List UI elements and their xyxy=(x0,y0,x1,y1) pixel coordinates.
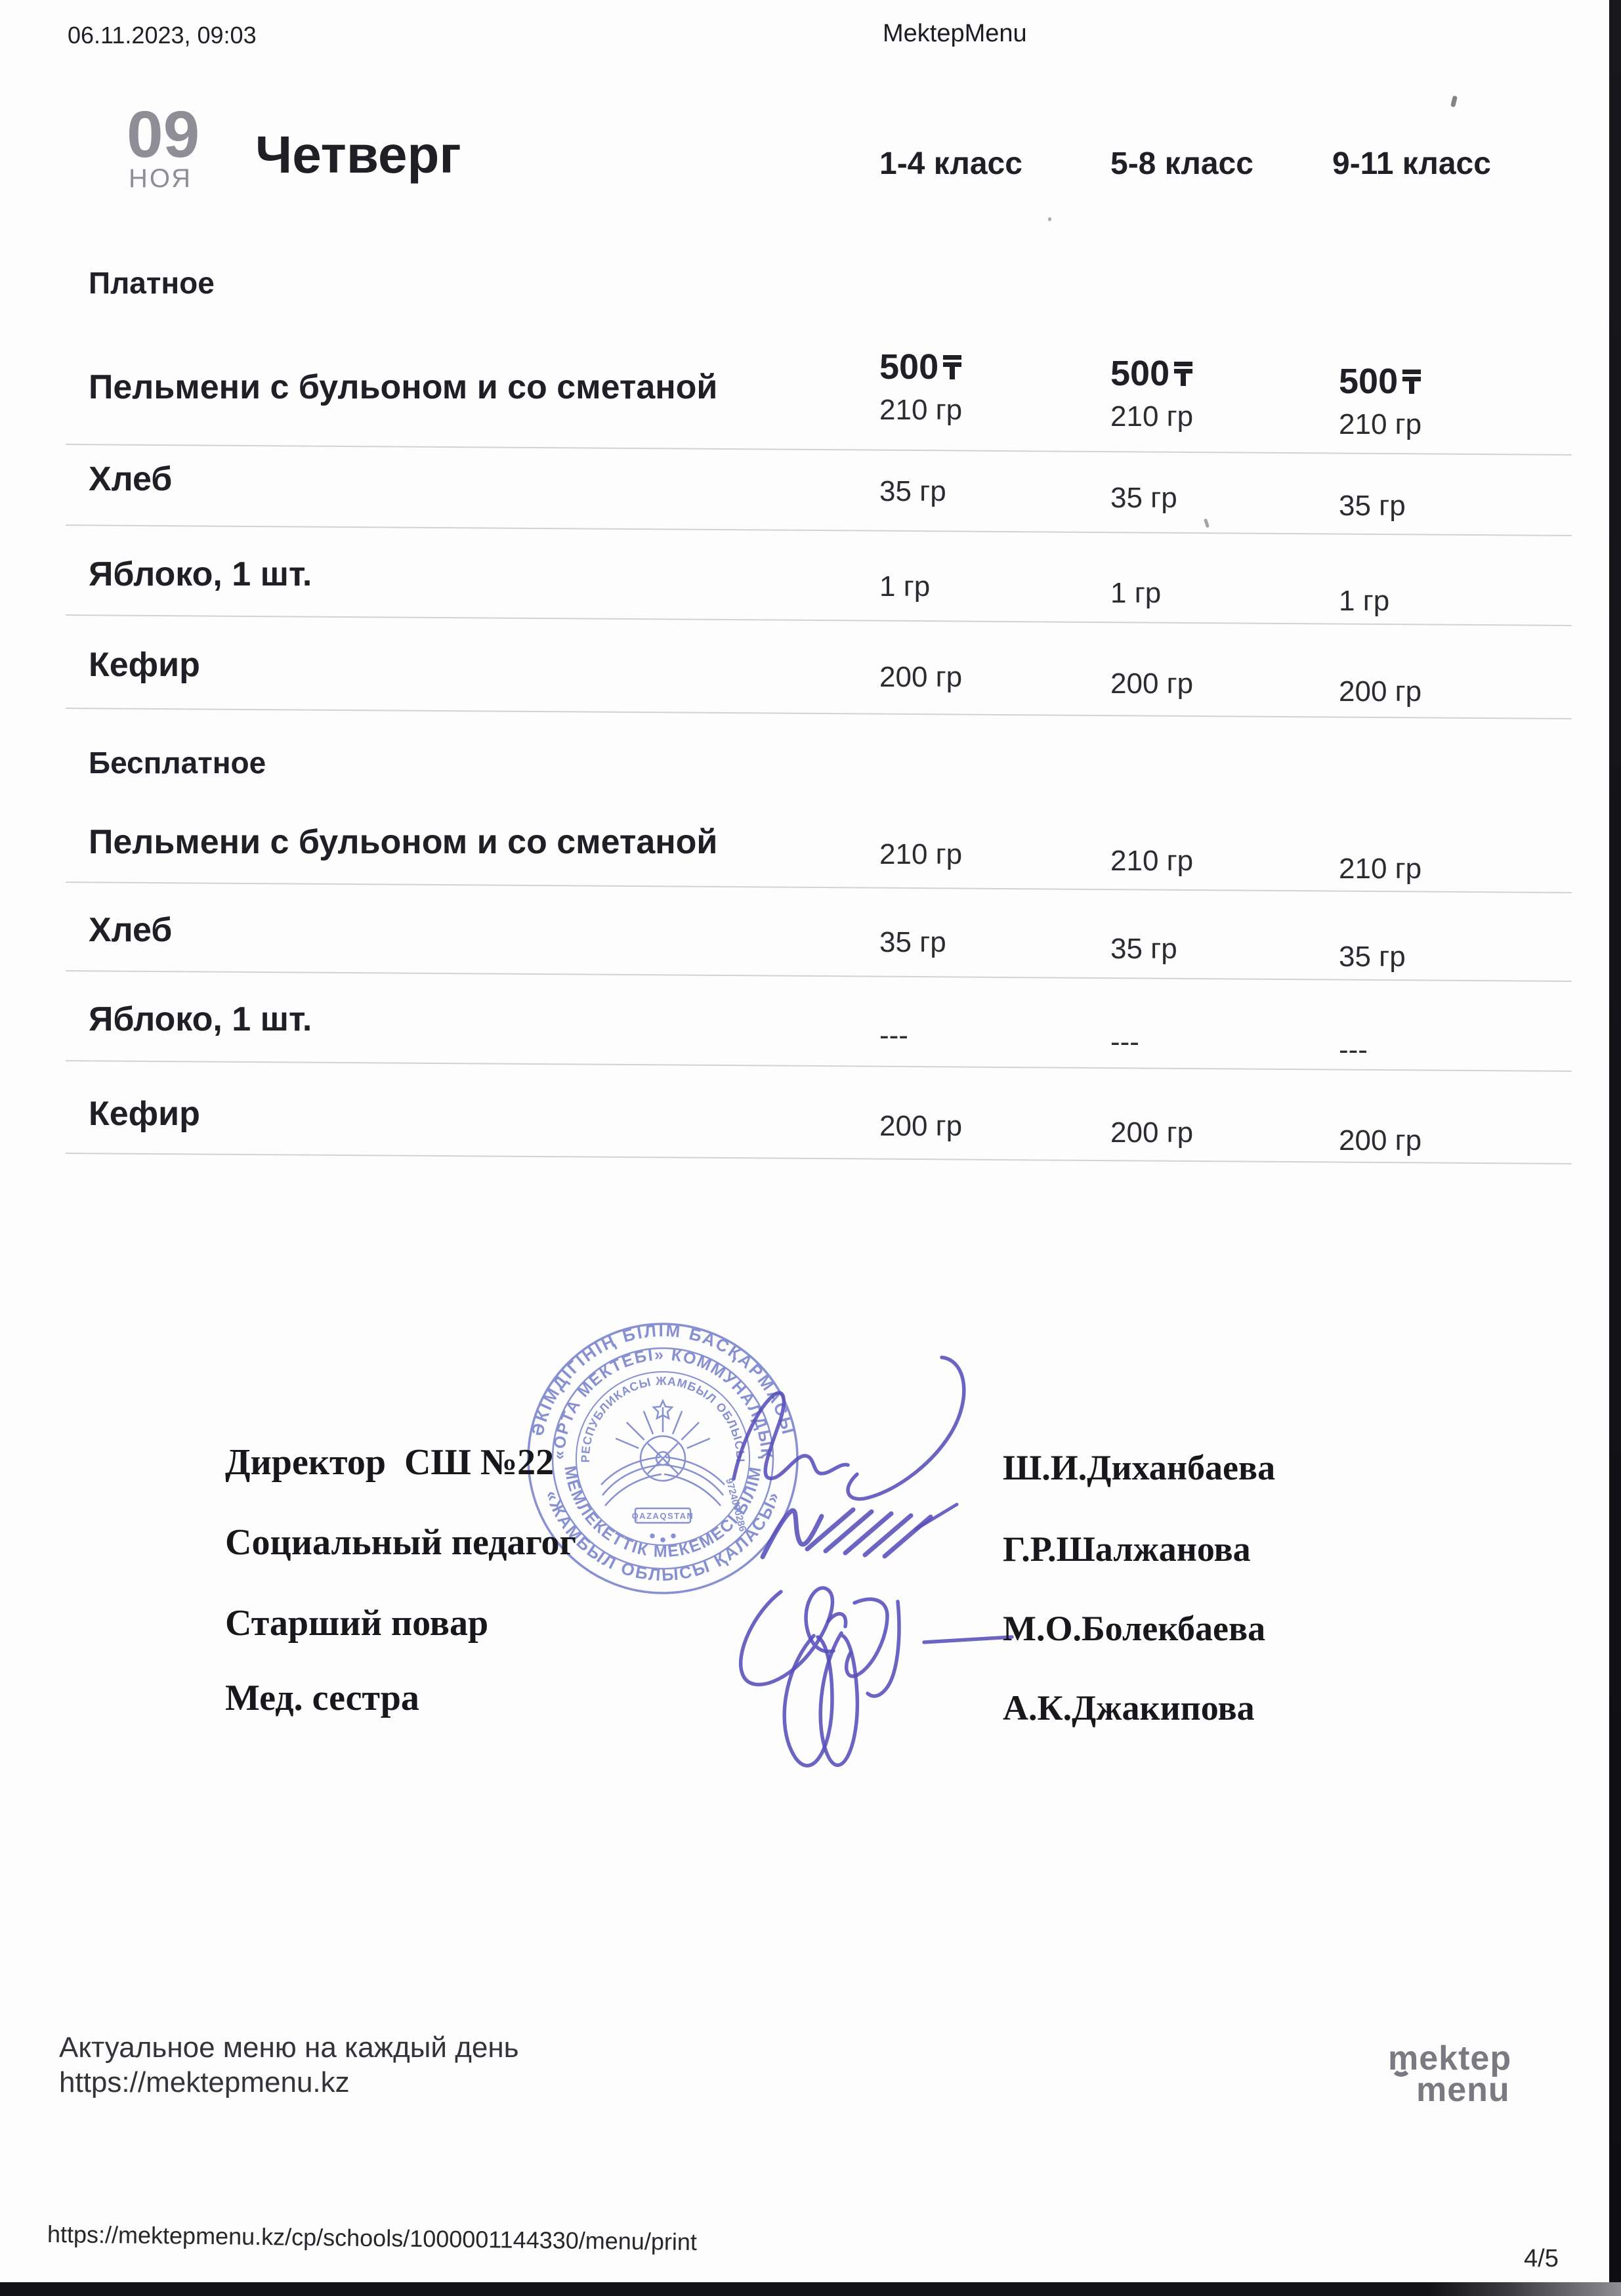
weight-value: 35 гр xyxy=(1339,941,1406,973)
cell-1-4: 500 210 гр xyxy=(879,347,1096,445)
role-director: Директор СШ №22 xyxy=(225,1441,554,1483)
section-title-paid: Платное xyxy=(89,265,215,301)
cell-5-8: 500 210 гр xyxy=(1110,353,1327,452)
page-indicator: 4/5 xyxy=(1524,2245,1559,2273)
weight-value: 200 гр xyxy=(1110,1116,1193,1149)
weight-value: 200 гр xyxy=(1110,668,1193,700)
price-value: 500 xyxy=(1339,361,1421,402)
weight-value: 210 гр xyxy=(1339,408,1421,441)
footer-site-url: https://mektepmenu.kz xyxy=(59,2066,350,2099)
weight-value: --- xyxy=(1339,1034,1368,1067)
weight-value: 35 гр xyxy=(1110,933,1177,966)
printed-menu-page: 06.11.2023, 09:03 MektepMenu 09 НОЯ Четв… xyxy=(0,0,1621,2296)
name-director: Ш.И.Диханбаева xyxy=(1003,1447,1275,1488)
column-header-1-4: 1-4 класс xyxy=(879,146,1022,182)
weight-value: --- xyxy=(879,1019,908,1052)
mektepmenu-logo-line2: menu xyxy=(1416,2070,1510,2110)
weight-value: --- xyxy=(1110,1026,1139,1059)
print-datetime: 06.11.2023, 09:03 xyxy=(68,22,257,49)
weight-value: 200 гр xyxy=(1339,1124,1421,1157)
role-senior-cook: Старший повар xyxy=(225,1602,488,1644)
tenge-symbol xyxy=(942,355,962,379)
column-header-5-8: 5-8 класс xyxy=(1110,146,1253,182)
dish-name: Кефир xyxy=(89,645,200,685)
role-nurse: Мед. сестра xyxy=(225,1677,419,1719)
dish-name: Пельмени с бульоном и со сметаной xyxy=(89,822,717,862)
dish-name: Яблоко, 1 шт. xyxy=(89,1000,312,1039)
weight-value: 200 гр xyxy=(879,661,962,694)
menu-row-paid-bread: Хлеб 35 гр 35 гр 35 гр xyxy=(0,459,1621,564)
weight-value: 200 гр xyxy=(879,1110,962,1143)
signature-nurse xyxy=(784,1614,857,1766)
signature-senior-cook xyxy=(741,1588,1012,1696)
menu-row-paid-apple: Яблоко, 1 шт. 1 гр 1 гр 1 гр xyxy=(0,555,1621,660)
dish-name: Кефир xyxy=(89,1094,200,1134)
section-title-free: Бесплатное xyxy=(89,745,266,780)
scan-edge-right xyxy=(1609,0,1621,2296)
weight-value: 35 гр xyxy=(1110,482,1177,515)
print-app-name: MektepMenu xyxy=(883,20,1027,48)
column-header-9-11: 9-11 класс xyxy=(1332,146,1491,182)
print-footer-url: https://mektepmenu.kz/cp/schools/1000001… xyxy=(47,2221,697,2256)
menu-row-paid-kefir: Кефир 200 гр 200 гр 200 гр xyxy=(0,645,1621,750)
weight-value: 200 гр xyxy=(1339,675,1421,708)
weight-value: 210 гр xyxy=(1110,400,1193,433)
weight-value: 210 гр xyxy=(879,394,962,427)
weight-value: 35 гр xyxy=(879,475,946,508)
name-senior-cook: М.О.Болекбаева xyxy=(1003,1608,1265,1649)
dish-name: Хлеб xyxy=(89,459,172,499)
menu-row-free-apple: Яблоко, 1 шт. --- --- --- xyxy=(0,1000,1621,1105)
menu-row-free-kefir: Кефир 200 гр 200 гр 200 гр xyxy=(0,1094,1621,1199)
weight-value: 210 гр xyxy=(1339,853,1421,885)
dish-name: Хлеб xyxy=(89,910,172,950)
weight-value: 1 гр xyxy=(1339,585,1389,618)
stamp-banner-text: QAZAQSTAN xyxy=(632,1511,694,1521)
cell-9-11: 500 210 гр xyxy=(1339,361,1555,459)
scan-speck xyxy=(1450,95,1458,107)
weight-value: 1 гр xyxy=(879,570,930,603)
class-column-headers: 1-4 класс 5-8 класс 9-11 класс xyxy=(0,146,1621,185)
menu-row-paid-pelmeni: Пельмени с бульоном и со сметаной 500 21… xyxy=(0,347,1621,452)
price-value: 500 xyxy=(1110,353,1193,394)
price-value: 500 xyxy=(879,347,962,387)
scan-edge-bottom xyxy=(0,2282,1621,2296)
dish-name: Яблоко, 1 шт. xyxy=(89,555,312,594)
weight-value: 35 гр xyxy=(1339,490,1406,522)
tenge-symbol xyxy=(1402,370,1421,394)
role-social-pedagog: Социальный педагог xyxy=(225,1521,576,1563)
footer-tagline: Актуальное меню на каждый день xyxy=(59,2031,519,2064)
scan-speck xyxy=(1048,217,1051,221)
weight-value: 210 гр xyxy=(1110,845,1193,878)
name-social-pedagog: Г.Р.Шалжанова xyxy=(1003,1529,1251,1569)
weight-value: 35 гр xyxy=(879,926,946,959)
weight-value: 210 гр xyxy=(879,838,962,871)
weight-value: 1 гр xyxy=(1110,577,1161,610)
tenge-symbol xyxy=(1173,362,1193,386)
name-nurse: А.К.Джакипова xyxy=(1003,1688,1255,1728)
dish-name: Пельмени с бульоном и со сметаной xyxy=(89,368,717,407)
